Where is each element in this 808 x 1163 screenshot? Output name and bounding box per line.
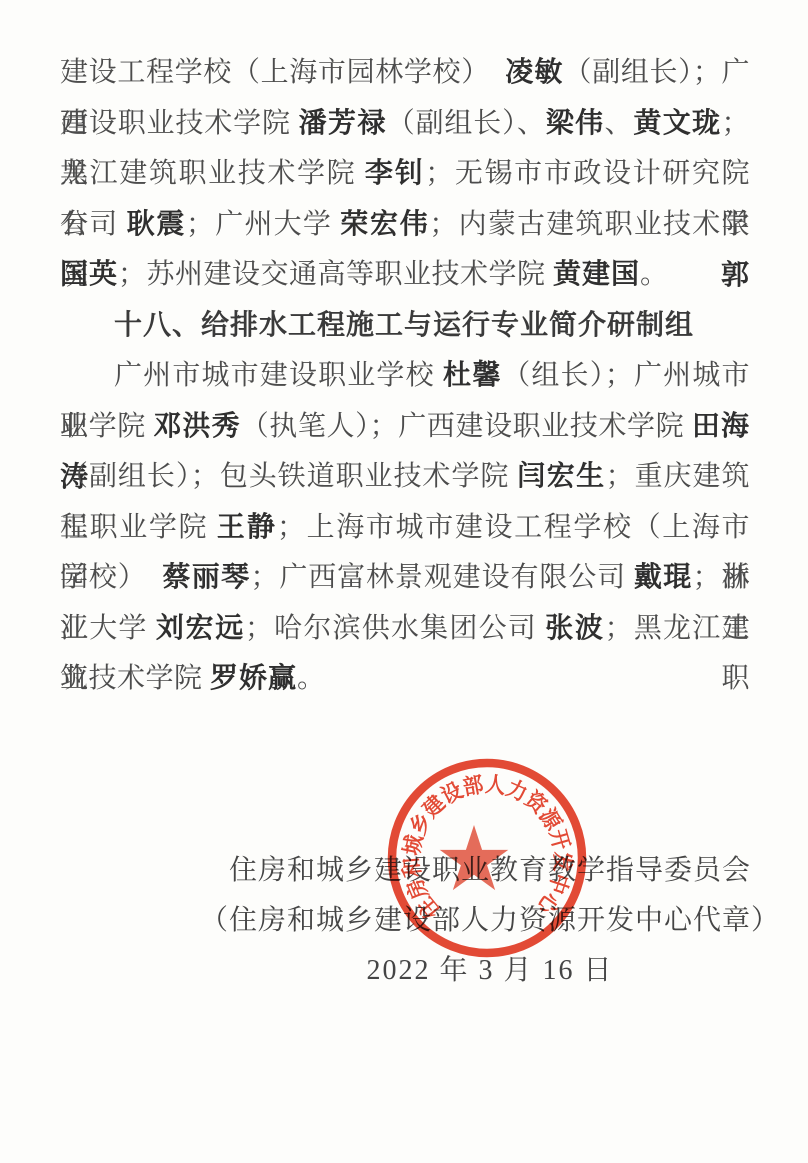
text-run: 业技术学院 [60,663,210,694]
section-heading: 十八、给排水工程施工与运行专业简介研制组 [60,300,750,351]
person-name: 王静 [217,511,277,542]
issue-date: 2022 年 3 月 16 日 [200,946,780,996]
text-line: 公司 耿震；广州大学 荣宏伟；内蒙古建筑职业技术学院 郭 [60,199,750,250]
text-run [147,562,163,593]
text-run: 业大学 [60,613,156,644]
text-run: 龙江建筑职业技术学院 [60,158,365,189]
document-body: 建设工程学校（上海市园林学校） 凌敏（副组长）；广西建设职业技术学院 潘芳禄（副… [60,47,750,704]
seal-on-behalf-note: （住房和城乡建设部人力资源开发中心代章） [200,896,780,946]
person-name: 潘芳禄 [299,107,387,138]
scanned-document-page: 建设工程学校（上海市园林学校） 凌敏（副组长）；广西建设职业技术学院 潘芳禄（副… [0,0,808,1163]
text-line: 程职业学院 王静；上海市城市建设工程学校（上海市园林 [60,502,750,553]
person-name: 李钊 [365,157,425,188]
text-line: 国英；苏州建设交通高等职业技术学院 黄建国。 [60,249,750,300]
text-line: 学校） 蔡丽琴；广西富林景观建设有限公司 戴琨；浙江工 [60,552,750,603]
person-name: 刘宏远 [156,612,245,643]
text-run: （执笔人）；广西建设职业技术学院 [241,411,692,442]
issuing-committee-name: 住房和城乡建设职业教育教学指导委员会 [200,846,780,896]
text-line: 建设工程学校（上海市园林学校） 凌敏（副组长）；广西 [60,47,750,98]
person-name: 张波 [545,612,604,643]
text-run: ；哈尔滨供水集团公司 [245,613,545,644]
paragraph-17-members: 建设工程学校（上海市园林学校） 凌敏（副组长）；广西建设职业技术学院 潘芳禄（副… [60,47,750,300]
text-run: （副组长）、 [387,108,546,139]
text-run: 程职业学院 [60,512,217,543]
signature-block: 住房和城乡建设职业教育教学指导委员会 （住房和城乡建设部人力资源开发中心代章） … [200,846,780,996]
text-run: 公司 [60,209,127,240]
text-line: 业大学 刘宏远；哈尔滨供水集团公司 张波；黑龙江建筑职 [60,603,750,654]
text-line: （副组长）；包头铁道职业技术学院 闫宏生；重庆建筑工 [60,451,750,502]
text-run: 。 [297,663,326,694]
text-run [490,57,505,88]
text-run: 学校） [60,562,147,593]
text-run: 建设工程学校（上海市园林学校） [60,57,490,88]
text-run: ；苏州建设交通高等职业技术学院 [118,259,553,290]
person-name: 杜馨 [443,359,502,390]
text-line: 龙江建筑职业技术学院 李钊；无锡市市政设计研究院有限 [60,148,750,199]
text-line: 业学院 邓洪秀（执笔人）；广西建设职业技术学院 田海涛 [60,401,750,452]
person-name: 国英 [60,258,118,289]
person-name: 郭 [721,259,750,290]
person-name: 戴琨 [634,561,693,592]
person-name: 闫宏生 [517,460,605,491]
person-name: 荣宏伟 [340,208,429,239]
text-run: ；广州大学 [186,209,340,240]
text-run: 建设职业技术学院 [60,108,299,139]
text-run: ；广西富林景观建设有限公司 [251,562,634,593]
person-name: 凌敏 [505,56,563,87]
text-run: 广州市城市建设职业学校 [114,360,443,391]
text-run: （副组长）；包头铁道职业技术学院 [60,461,517,492]
person-name: 邓洪秀 [153,410,240,441]
person-name: 梁伟 [546,107,605,138]
person-name: 蔡丽琴 [162,561,250,592]
paragraph-18-members: 广州市城市建设职业学校 杜馨（组长）；广州城市职业学院 邓洪秀（执笔人）；广西建… [60,350,750,704]
person-name: 耿震 [127,208,186,239]
text-run: 、 [605,108,634,139]
text-run: 业学院 [60,411,153,442]
text-run: 。 [640,259,669,290]
text-line: 广州市城市建设职业学校 杜馨（组长）；广州城市职 [60,350,750,401]
person-name: 罗娇赢 [210,662,297,693]
person-name: 黄建国 [553,258,640,289]
person-name: 黄文珑 [633,107,721,138]
text-line: 建设职业技术学院 潘芳禄（副组长）、梁伟、黄文珑；黑 [60,98,750,149]
